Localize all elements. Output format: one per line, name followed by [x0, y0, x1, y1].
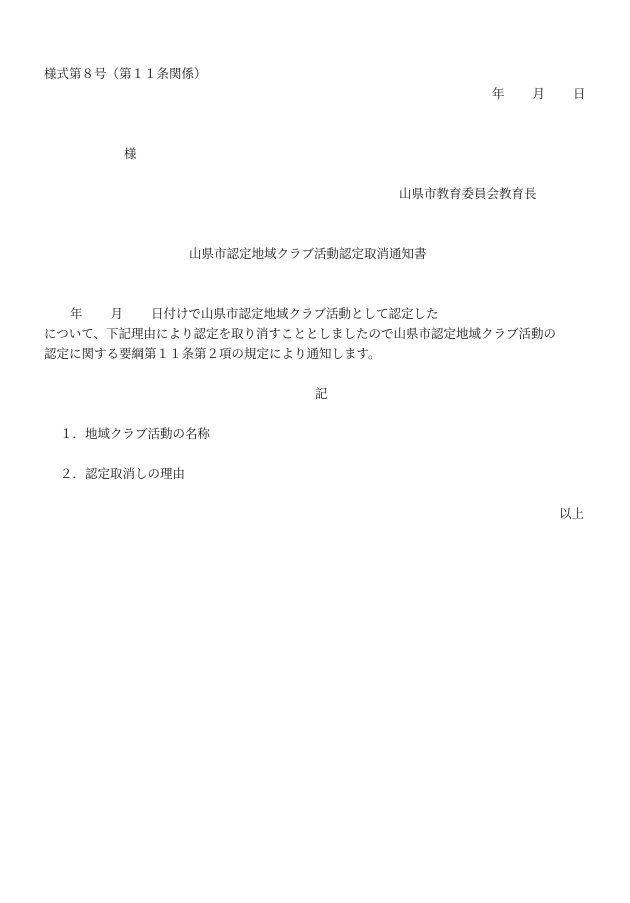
- ki-heading: 記: [315, 386, 328, 402]
- item-label: 地域クラブ活動の名称: [85, 426, 210, 441]
- item-1: １．地域クラブ活動の名称: [60, 426, 210, 442]
- sender-name: 山県市教育委員会教育長: [399, 186, 537, 202]
- date-day: 日: [573, 86, 586, 102]
- item-number: ２．: [60, 466, 85, 481]
- closing: 以上: [559, 506, 584, 522]
- body-line-3: 認定に関する要綱第１１条第２項の規定により通知します。: [44, 346, 381, 362]
- date-month: 月: [533, 86, 546, 102]
- item-label: 認定取消しの理由: [85, 466, 185, 481]
- date-line: 年 月 日: [492, 86, 586, 102]
- body-month: 月: [111, 306, 124, 321]
- addressee-suffix: 様: [124, 146, 137, 162]
- item-number: １．: [60, 426, 85, 441]
- body-text-1: 日付けで山県市認定地域クラブ活動として認定した: [151, 306, 439, 321]
- body-year: 年: [70, 306, 83, 321]
- date-year: 年: [492, 86, 505, 102]
- document-title: 山県市認定地域クラブ活動認定取消通知書: [189, 246, 427, 262]
- item-2: ２．認定取消しの理由: [60, 466, 185, 482]
- body-line-2: について、下記理由により認定を取り消すこととしましたので山県市認定地域クラブ活動…: [44, 326, 556, 342]
- form-number: 様式第８号（第１１条関係）: [44, 66, 207, 82]
- body-line-1: 年月日付けで山県市認定地域クラブ活動として認定した: [70, 306, 439, 322]
